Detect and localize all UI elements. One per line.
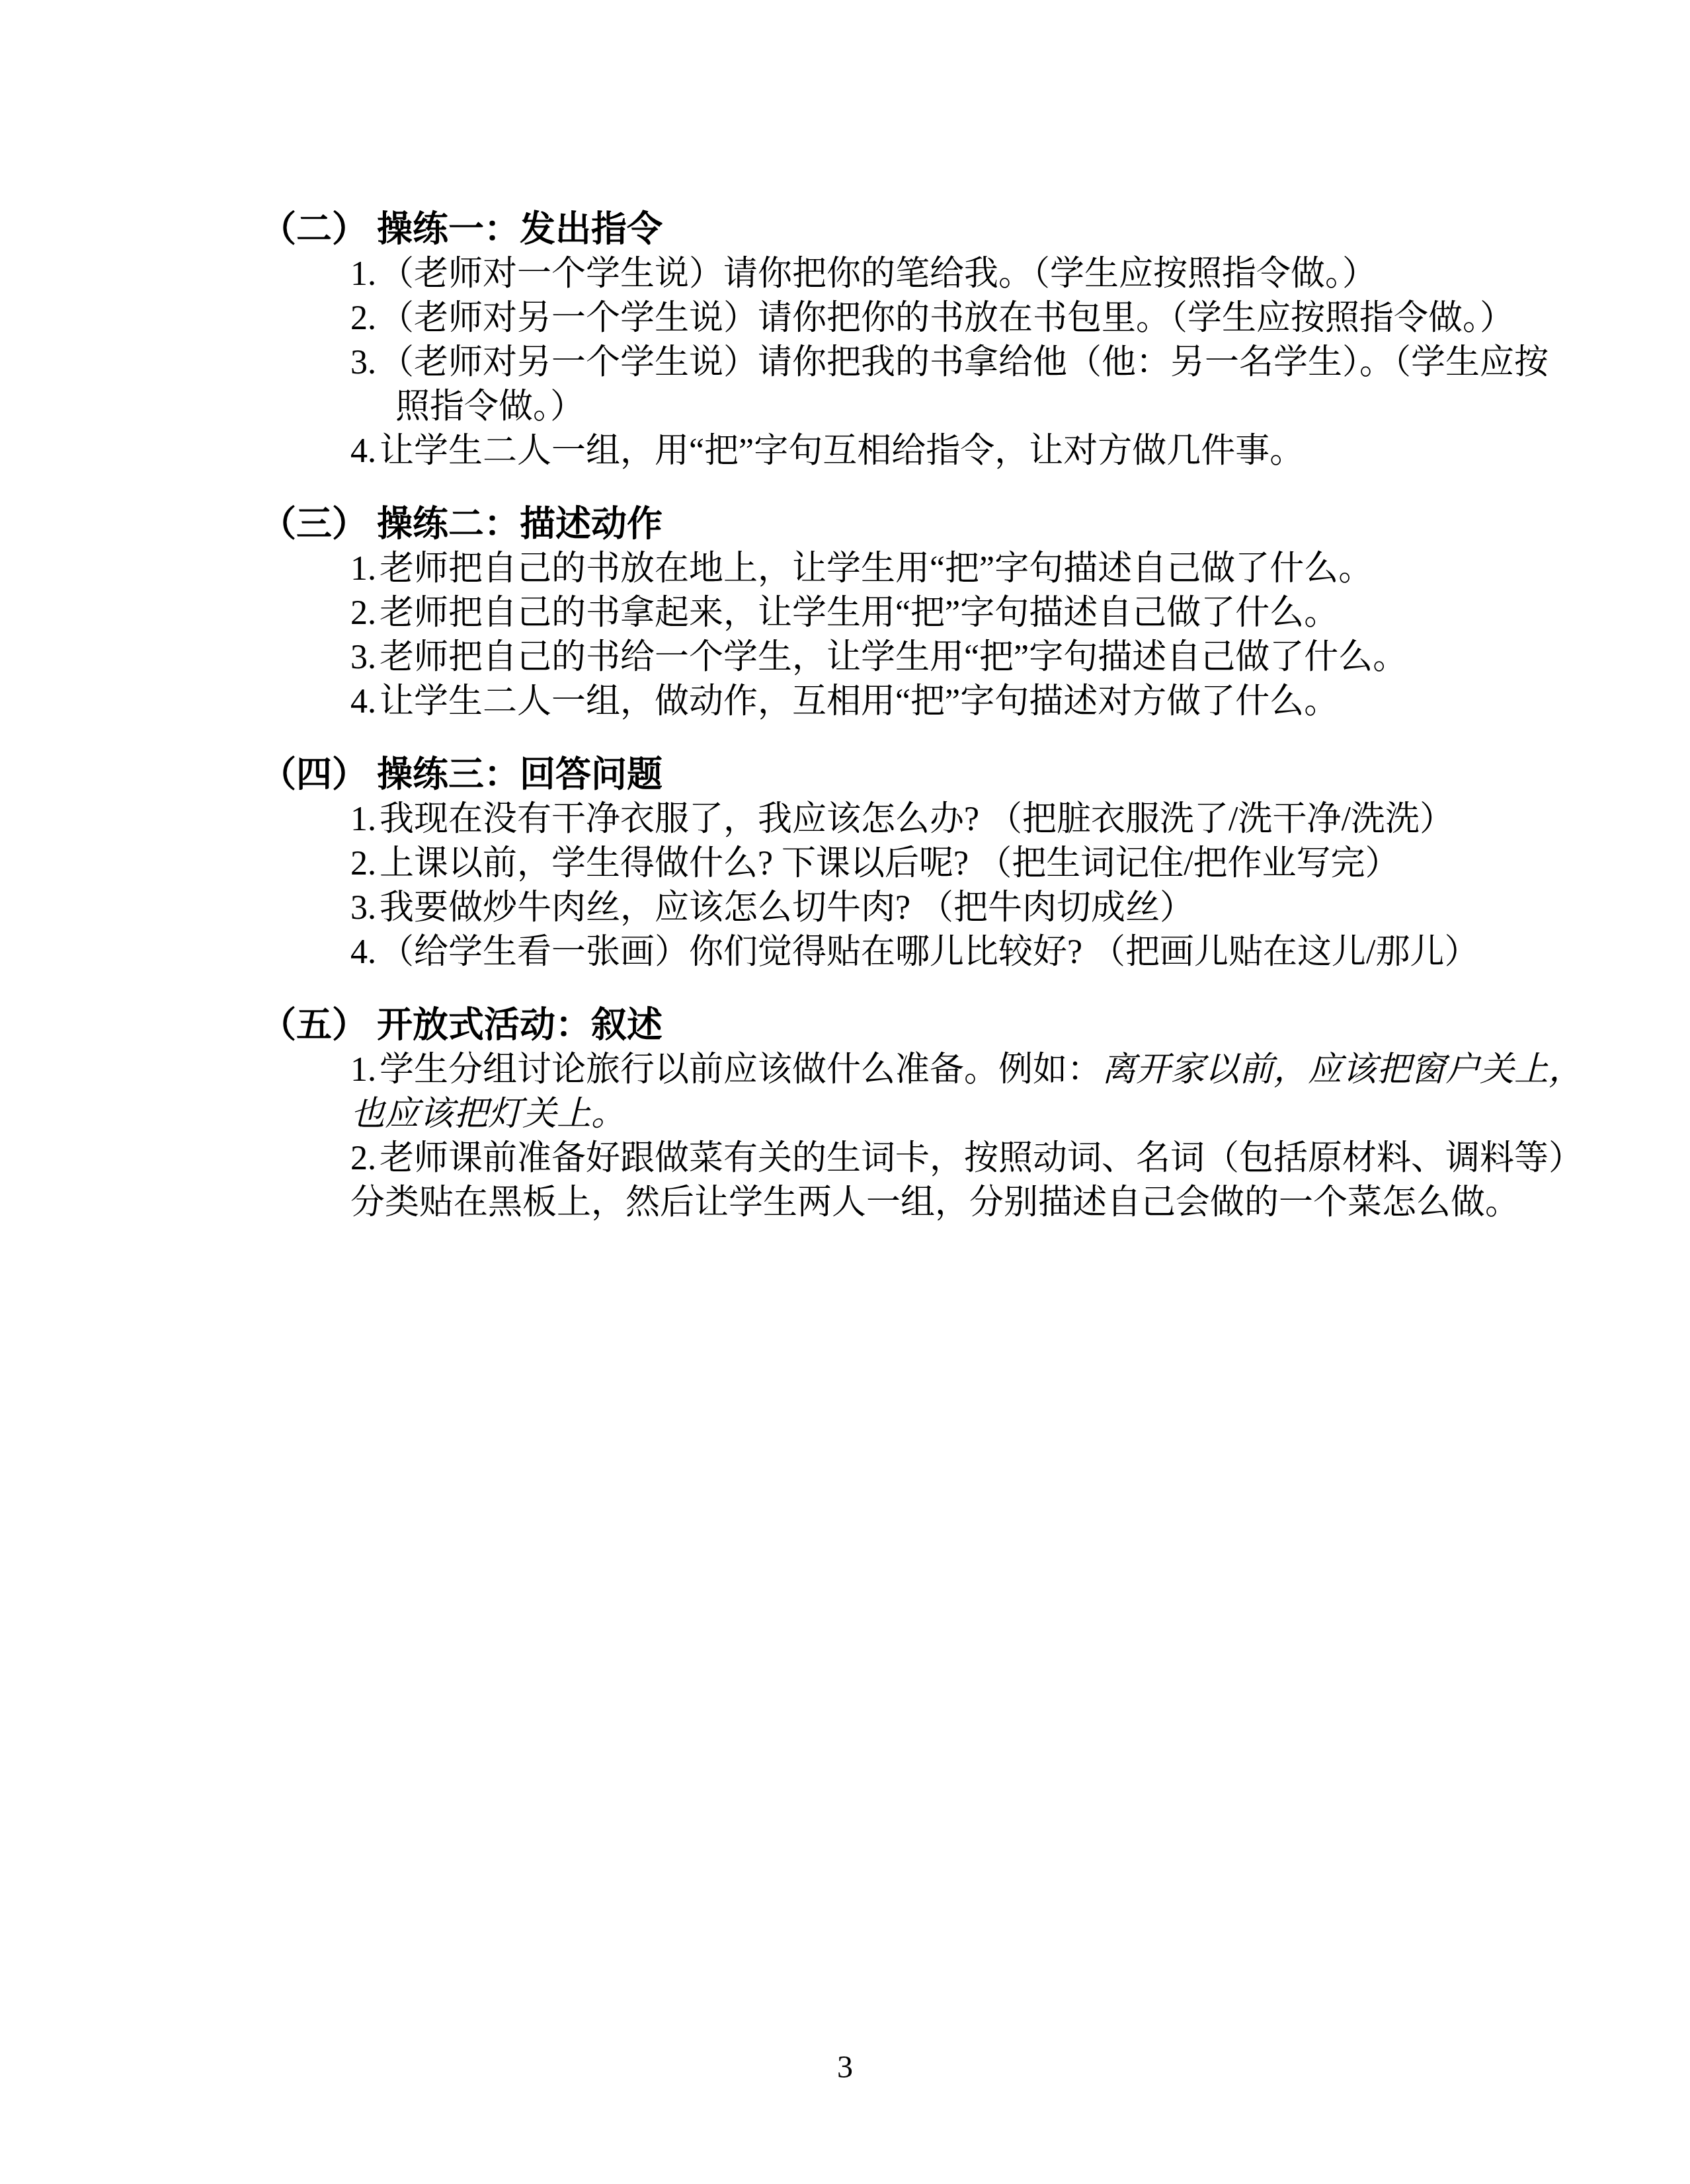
item-text: 让学生二人一组，做动作，互相用“把”字句描述对方做了什么。 [380,683,1338,721]
item-number: 2. [350,1136,380,1181]
item-text: （老师对另一个学生说）请你把我的书拿给他（他：另一名学生）。（学生应按 [380,344,1549,381]
item-number: 1. [350,1048,380,1092]
list-item: 1.学生分组讨论旅行以前应该做什么准备。例如：离开家以前，应该把窗户关上， [0,1048,1690,1092]
list-item: 2.（老师对另一个学生说）请你把你的书放在书包里。（学生应按照指令做。） [0,296,1690,340]
item-number: 1. [350,547,380,591]
item-text: 老师课前准备好跟做菜有关的生词卡，按照动词、名词（包括原材料、调料等） [380,1140,1583,1177]
section-title: 操练三：回答问题 [377,755,663,795]
section-heading: （四）操练三：回答问题 [0,753,1690,797]
section-marker: （三） [261,504,368,544]
item-number: 1. [350,252,380,296]
item-number: 1. [350,797,380,841]
section-marker: （四） [261,755,368,795]
section-title: 操练二：描述动作 [377,504,663,544]
item-number: 3. [350,635,380,680]
list-item: 3.老师把自己的书给一个学生，让学生用“把”字句描述自己做了什么。 [0,635,1690,680]
list-item: 4.让学生二人一组，用“把”字句互相给指令，让对方做几件事。 [0,429,1690,473]
section-4: （四）操练三：回答问题 1.我现在没有干净衣服了，我应该怎么办? （把脏衣服洗了… [0,753,1690,974]
item-number: 3. [350,340,380,385]
item-continuation: 分类贴在黑板上，然后让学生两人一组，分别描述自己会做的一个菜怎么做。 [0,1181,1690,1225]
list-item: 1.我现在没有干净衣服了，我应该怎么办? （把脏衣服洗了/洗干净/洗洗） [0,797,1690,841]
item-text: 上课以前，学生得做什么? 下课以后呢? （把生词记住/把作业写完） [380,845,1400,882]
item-number: 2. [350,296,380,340]
item-text: 我现在没有干净衣服了，我应该怎么办? （把脏衣服洗了/洗干净/洗洗） [380,800,1454,838]
list-item: 3.我要做炒牛肉丝，应该怎么切牛肉? （把牛肉切成丝） [0,886,1690,930]
section-title: 操练一：发出指令 [377,210,663,249]
item-number: 2. [350,591,380,635]
item-number: 4. [350,680,380,724]
list-item: 1.老师把自己的书放在地上，让学生用“把”字句描述自己做了什么。 [0,547,1690,591]
item-text: （老师对一个学生说）请你把你的笔给我。（学生应按照指令做。） [380,255,1377,293]
list-item: 3.（老师对另一个学生说）请你把我的书拿给他（他：另一名学生）。（学生应按 [0,340,1690,385]
kai-example-text: 离开家以前，应该把窗户关上， [1102,1051,1583,1089]
section-marker: （二） [261,210,368,249]
list-item: 2.上课以前，学生得做什么? 下课以后呢? （把生词记住/把作业写完） [0,841,1690,886]
list-item: 4.（给学生看一张画）你们觉得贴在哪儿比较好? （把画儿贴在这儿/那儿） [0,930,1690,974]
item-text: 我要做炒牛肉丝，应该怎么切牛肉? （把牛肉切成丝） [380,889,1194,927]
section-heading: （五）开放式活动：叙述 [0,1003,1690,1048]
item-text: 老师把自己的书拿起来，让学生用“把”字句描述自己做了什么。 [380,594,1338,632]
document-page: （二）操练一：发出指令 1.（老师对一个学生说）请你把你的笔给我。（学生应按照指… [0,0,1690,2184]
item-text: （老师对另一个学生说）请你把你的书放在书包里。（学生应按照指令做。） [380,299,1514,337]
section-heading: （二）操练一：发出指令 [0,208,1690,252]
item-text: 学生分组讨论旅行以前应该做什么准备。例如： [380,1051,1102,1089]
page-number: 3 [0,2050,1690,2085]
section-marker: （五） [261,1005,368,1045]
list-item: 1.（老师对一个学生说）请你把你的笔给我。（学生应按照指令做。） [0,252,1690,296]
item-text: 让学生二人一组，用“把”字句互相给指令，让对方做几件事。 [380,432,1304,470]
section-2: （二）操练一：发出指令 1.（老师对一个学生说）请你把你的笔给我。（学生应按照指… [0,208,1690,473]
section-heading: （三）操练二：描述动作 [0,502,1690,547]
item-text: （给学生看一张画）你们觉得贴在哪儿比较好? （把画儿贴在这儿/那儿） [380,933,1479,971]
list-item: 2.老师把自己的书拿起来，让学生用“把”字句描述自己做了什么。 [0,591,1690,635]
item-number: 4. [350,930,380,974]
section-title: 开放式活动：叙述 [377,1005,663,1045]
section-5: （五）开放式活动：叙述 1.学生分组讨论旅行以前应该做什么准备。例如：离开家以前… [0,1003,1690,1225]
item-continuation: 也应该把灯关上。 [0,1092,1690,1136]
item-text: 老师把自己的书放在地上，让学生用“把”字句描述自己做了什么。 [380,550,1373,588]
list-item: 2.老师课前准备好跟做菜有关的生词卡，按照动词、名词（包括原材料、调料等） [0,1136,1690,1181]
item-number: 2. [350,841,380,886]
item-number: 3. [350,886,380,930]
section-3: （三）操练二：描述动作 1.老师把自己的书放在地上，让学生用“把”字句描述自己做… [0,502,1690,724]
list-item: 4.让学生二人一组，做动作，互相用“把”字句描述对方做了什么。 [0,680,1690,724]
item-number: 4. [350,429,380,473]
item-text: 老师把自己的书给一个学生，让学生用“把”字句描述自己做了什么。 [380,639,1407,676]
document-content: （二）操练一：发出指令 1.（老师对一个学生说）请你把你的笔给我。（学生应按照指… [0,208,1690,1225]
item-continuation: 照指令做。） [0,385,1690,429]
